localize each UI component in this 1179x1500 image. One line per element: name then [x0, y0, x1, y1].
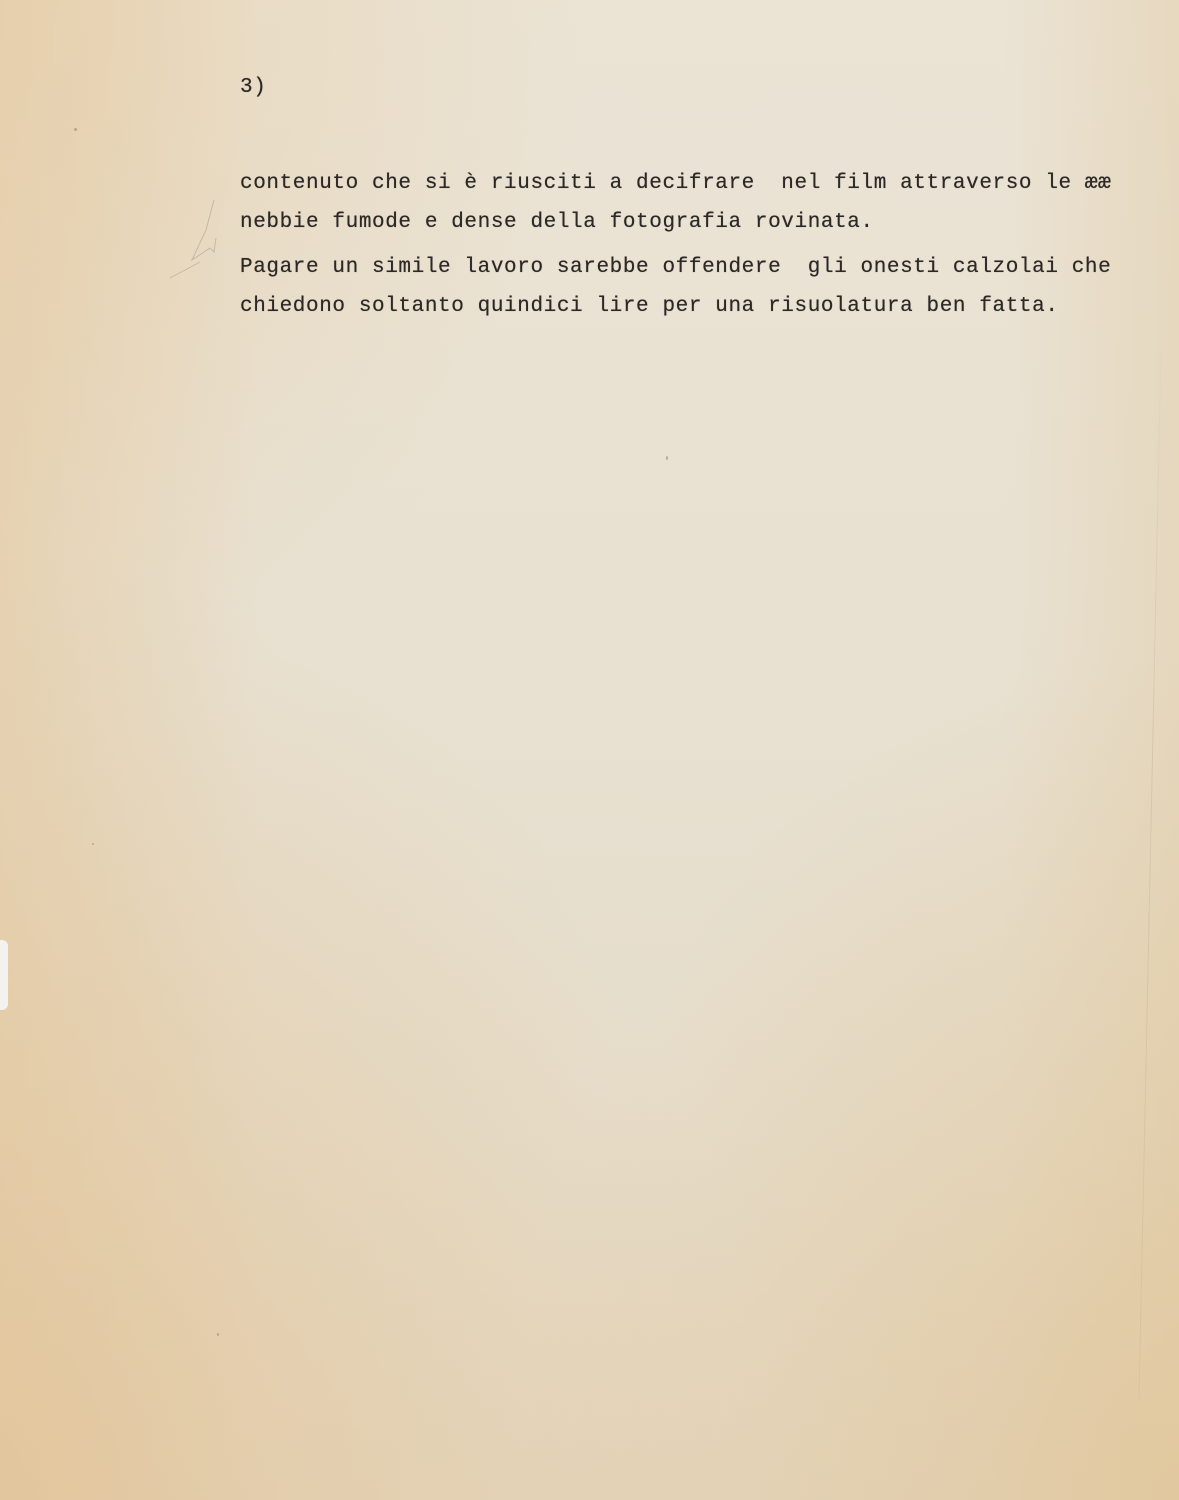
typewritten-page: 3) contenuto che si è riusciti a decifra…: [0, 0, 1179, 1500]
page-number: 3): [240, 76, 266, 99]
paper-speck: [92, 843, 94, 845]
text-line: chiedono soltanto quindici lire per una …: [240, 295, 1059, 318]
paper-speck: [74, 128, 77, 131]
text-line: Pagare un simile lavoro sarebbe offender…: [240, 256, 1111, 279]
text-line: contenuto che si è riusciti a decifrare …: [240, 172, 1111, 195]
paper-speck: [666, 456, 668, 460]
text-line: nebbie fumode e dense della fotografia r…: [240, 211, 874, 234]
paper-fold-line: [1138, 300, 1162, 1400]
paper-speck: [217, 1333, 219, 1336]
paper-edge-tear: [0, 940, 8, 1010]
pencil-mark-icon: [170, 200, 230, 280]
